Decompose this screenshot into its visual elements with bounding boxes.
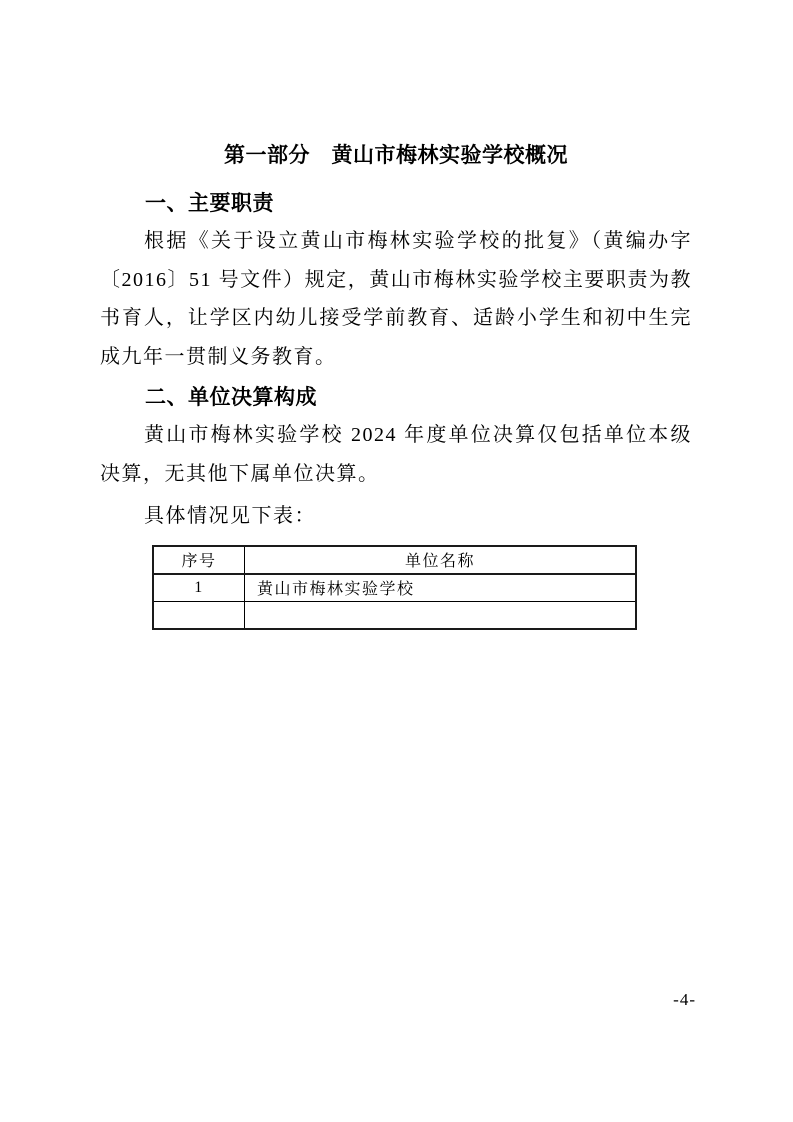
page-number: -4- <box>673 990 696 1010</box>
section-heading-unit-composition: 二、单位决算构成 <box>100 384 692 412</box>
table-header-row: 序号 单位名称 <box>153 546 636 574</box>
table-header-index: 序号 <box>153 546 245 574</box>
table-cell-unit-name: 黄山市梅林实验学校 <box>245 574 637 602</box>
paragraph-main-duties: 根据《关于设立黄山市梅林实验学校的批复》（黄编办字〔2016〕51 号文件）规定… <box>100 222 692 377</box>
paragraph-table-intro: 具体情况见下表： <box>100 497 692 536</box>
table-header-unit-name: 单位名称 <box>245 546 637 574</box>
unit-list-table: 序号 单位名称 1 黄山市梅林实验学校 <box>152 545 637 630</box>
table-row <box>153 601 636 629</box>
paragraph-unit-composition: 黄山市梅林实验学校 2024 年度单位决算仅包括单位本级决算，无其他下属单位决算… <box>100 416 692 493</box>
table-cell-index <box>153 601 245 629</box>
document-page: 第一部分 黄山市梅林实验学校概况 一、主要职责 根据《关于设立黄山市梅林实验学校… <box>0 0 793 1122</box>
section-heading-main-duties: 一、主要职责 <box>100 190 692 218</box>
page-title: 第一部分 黄山市梅林实验学校概况 <box>100 0 692 170</box>
table-row: 1 黄山市梅林实验学校 <box>153 574 636 602</box>
document-content: 第一部分 黄山市梅林实验学校概况 一、主要职责 根据《关于设立黄山市梅林实验学校… <box>100 0 692 630</box>
table-cell-index: 1 <box>153 574 245 602</box>
table-cell-unit-name <box>245 601 637 629</box>
